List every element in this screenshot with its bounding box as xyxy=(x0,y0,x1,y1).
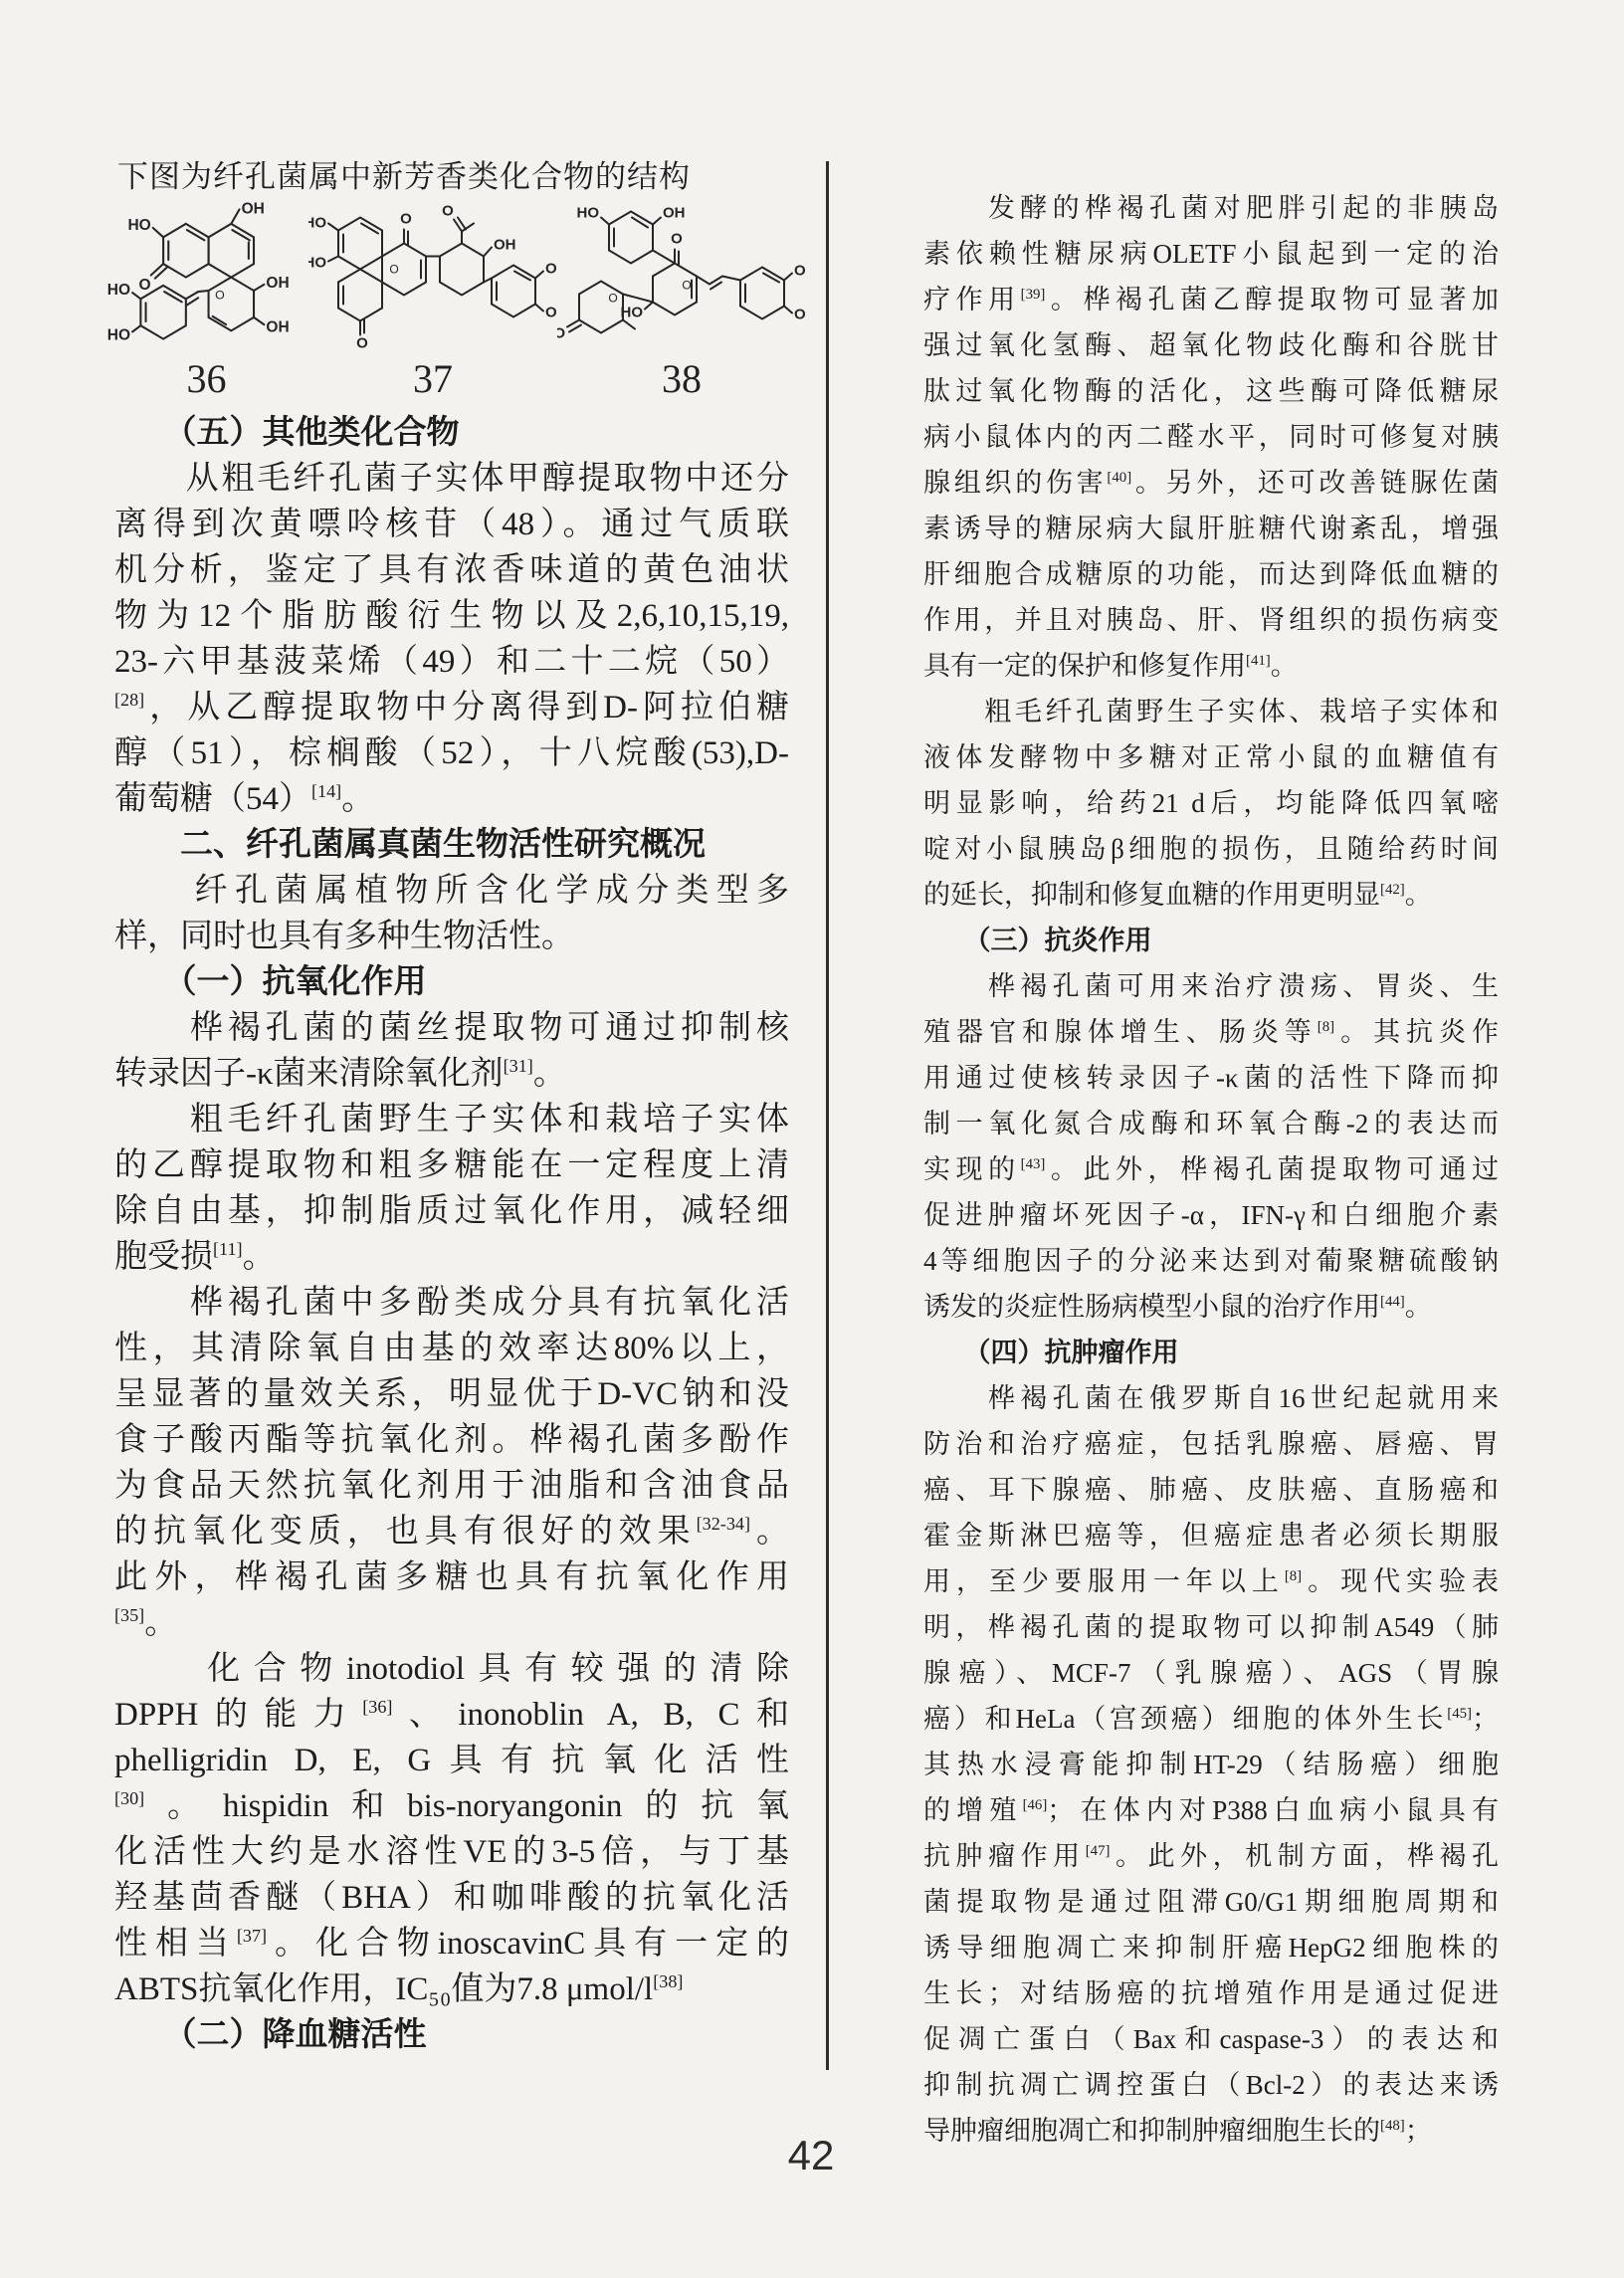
chemical-structure-36-drawing: OH HO O O OH OH HO HO xyxy=(104,197,308,351)
text-line: 抗肿瘤作用[47]。此外，机制方面，桦褐孔 xyxy=(923,1833,1499,1879)
text-line: 明，桦褐孔菌的提取物可以抑制A549（肺 xyxy=(923,1604,1499,1650)
structure-label: 38 xyxy=(662,355,702,402)
atom-label: OH xyxy=(266,318,289,335)
text-line: 机分析，鉴定了具有浓香味道的黄色油状 xyxy=(114,547,789,593)
text-line: 菌提取物是通过阻滞G0/G1期细胞周期和 xyxy=(923,1879,1499,1925)
chemical-structure-37-drawing: HO HO O O O O OH OH OH xyxy=(308,197,557,351)
atom-label: O xyxy=(215,288,225,302)
text-line: 除自由基，抑制脂质过氧化作用，减轻细 xyxy=(114,1188,789,1234)
atom-label: O xyxy=(442,203,454,220)
atom-label: OH xyxy=(794,263,806,280)
atom-label: O xyxy=(608,292,617,306)
text-line: 离得到次黄嘌呤核苷（48）。通过气质联 xyxy=(114,502,789,547)
text-line: 素依赖性糖尿病OLETF小鼠起到一定的治 xyxy=(923,231,1499,277)
text-line: 明显影响，给药21 d后，均能降低四氧嘧 xyxy=(923,780,1499,826)
text-line: 的乙醇提取物和粗多糖能在一定程度上清 xyxy=(114,1142,789,1188)
text-line: 的抗氧化变质，也具有很好的效果[32-34]。 xyxy=(114,1509,789,1554)
text-line: 为食品天然抗氧化剂用于油脂和含油食品 xyxy=(114,1463,789,1509)
atom-label: OH xyxy=(545,261,557,278)
atom-label: HO xyxy=(107,327,130,344)
text-line: 啶对小鼠胰岛β细胞的损伤，且随给药时间 xyxy=(923,826,1499,872)
text-line: 诱导细胞凋亡来抑制肝癌HepG2细胞株的 xyxy=(923,1925,1499,1970)
right-column: 发酵的桦褐孔菌对肥胖引起的非胰岛素依赖性糖尿病OLETF小鼠起到一定的治疗作用[… xyxy=(923,185,1499,2154)
text-line: 粗毛纤孔菌野生子实体、栽培子实体和 xyxy=(923,689,1499,734)
text-line: 肽过氧化物酶的活化，这些酶可降低糖尿 xyxy=(923,368,1499,414)
atom-label: O xyxy=(671,231,683,248)
text-line: 腺癌）、MCF-7（乳腺癌）、AGS（胃腺 xyxy=(923,1650,1499,1696)
atom-label: OH xyxy=(266,275,289,292)
atom-label: O xyxy=(138,277,150,294)
text-line: [30]。hispidin和bis-noryangonin的抗氧 xyxy=(114,1783,789,1829)
text-line: 从粗毛纤孔菌子实体甲醇提取物中还分 xyxy=(114,456,789,502)
atom-label: OH xyxy=(663,205,686,222)
text-line: 性相当[37]。化合物inoscavinC具有一定的 xyxy=(114,1921,789,1967)
text-line: 纤孔菌属植物所含化学成分类型多 xyxy=(114,868,789,914)
atom-label: HO xyxy=(308,255,326,272)
text-line: phelligridin D, E, G具有抗氧化活性 xyxy=(114,1738,789,1783)
atom-label: OH xyxy=(242,201,265,218)
atom-label: O xyxy=(389,263,398,277)
text-line: 作用，并且对胰岛、肝、肾组织的损伤病变 xyxy=(923,597,1499,643)
text-line: 用通过使核转录因子-κ菌的活性下降而抑 xyxy=(923,1055,1499,1101)
text-line: 素诱导的糖尿病大鼠肝脏糖代谢紊乱，增强 xyxy=(923,506,1499,551)
text-line: 样，同时也具有多种生物活性。 xyxy=(114,914,789,959)
atom-label: OH xyxy=(545,305,557,321)
text-line: （二）降血糖活性 xyxy=(114,2012,789,2058)
atom-label: HO xyxy=(308,215,326,232)
text-line: DPPH的能力[36]、inonoblin A, B, C和 xyxy=(114,1692,789,1738)
column-divider xyxy=(826,161,829,2070)
text-line: 其热水浸膏能抑制HT-29（结肠癌）细胞 xyxy=(923,1742,1499,1787)
text-line: 桦褐孔菌中多酚类成分具有抗氧化活 xyxy=(114,1280,789,1326)
text-line: 促凋亡蛋白（Bax和caspase-3）的表达和 xyxy=(923,2016,1499,2062)
structure-37: HO HO O O O O OH OH OH 37 xyxy=(308,197,557,402)
text-line: 疗作用[39]。桦褐孔菌乙醇提取物可显著加 xyxy=(923,277,1499,322)
text-line: 23-六甲基菠菜烯（49）和二十二烷（50） xyxy=(114,639,789,685)
atom-label: O xyxy=(682,279,691,293)
text-line: 用，至少要服用一年以上[8]。现代实验表 xyxy=(923,1558,1499,1604)
atom-label: O xyxy=(557,325,565,342)
atom-label: O xyxy=(400,211,412,228)
text-line: 化合物inotodiol具有较强的清除 xyxy=(114,1646,789,1692)
text-line: 促进肿瘤坏死因子-α，IFN-γ和白细胞介素 xyxy=(923,1192,1499,1238)
text-line: 防治和治疗癌症，包括乳腺癌、唇癌、胃 xyxy=(923,1421,1499,1467)
text-line: 物为12个脂肪酸衍生物以及2,6,10,15,19, xyxy=(114,593,789,639)
text-line: 病小鼠体内的丙二醛水平，同时可修复对胰 xyxy=(923,414,1499,460)
atom-label: HO xyxy=(621,305,644,321)
text-line: 葡萄糖（54）[14]。 xyxy=(114,776,789,822)
page-number: 42 xyxy=(756,2132,866,2179)
text-line: （三）抗炎作用 xyxy=(923,918,1499,963)
atom-label: HO xyxy=(577,205,600,222)
figure-caption: 下图为纤孔菌属中新芳香类化合物的结构 xyxy=(117,151,691,196)
text-line: 诱发的炎症性肠病模型小鼠的治疗作用[44]。 xyxy=(923,1284,1499,1330)
text-line: 导肿瘤细胞凋亡和抑制肿瘤细胞生长的[48]； xyxy=(923,2108,1499,2154)
text-line: （四）抗肿瘤作用 xyxy=(923,1330,1499,1375)
text-line: 抑制抗凋亡调控蛋白（Bcl-2）的表达来诱 xyxy=(923,2062,1499,2108)
text-line: 的增殖[46]；在体内对P388白血病小鼠具有 xyxy=(923,1787,1499,1833)
text-line: [28]，从乙醇提取物中分离得到D-阿拉伯糖 xyxy=(114,685,789,730)
text-line: 此外，桦褐孔菌多糖也具有抗氧化作用 xyxy=(114,1554,789,1600)
text-line: 转录因子-κ菌来清除氧化剂[31]。 xyxy=(114,1051,789,1097)
text-line: 食子酸丙酯等抗氧化剂。桦褐孔菌多酚作 xyxy=(114,1417,789,1463)
text-line: 腺组织的伤害[40]。另外，还可改善链脲佐菌 xyxy=(923,460,1499,506)
text-line: 殖器官和腺体增生、肠炎等[8]。其抗炎作 xyxy=(923,1009,1499,1055)
text-line: 桦褐孔菌在俄罗斯自16世纪起就用来 xyxy=(923,1375,1499,1421)
text-line: （一）抗氧化作用 xyxy=(114,959,789,1005)
structure-label: 36 xyxy=(187,355,227,402)
left-column: （五）其他类化合物 从粗毛纤孔菌子实体甲醇提取物中还分离得到次黄嘌呤核苷（48）… xyxy=(114,410,789,2058)
document-page: 下图为纤孔菌属中新芳香类化合物的结构 xyxy=(0,0,1624,2278)
atom-label: O xyxy=(356,335,368,352)
text-line: 液体发酵物中多糖对正常小鼠的血糖值有 xyxy=(923,734,1499,780)
structure-38: OH HO O O HO O O OH OH 38 xyxy=(557,197,806,402)
text-line: 霍金斯淋巴癌等，但癌症患者必须长期服 xyxy=(923,1513,1499,1558)
chemical-structure-38-drawing: OH HO O O HO O O OH OH xyxy=(557,197,806,351)
text-line: 羟基茴香醚（BHA）和咖啡酸的抗氧化活 xyxy=(114,1875,789,1921)
text-line: 实现的[43]。此外，桦褐孔菌提取物可通过 xyxy=(923,1146,1499,1192)
text-line: 醇（51），棕榈酸（52），十八烷酸(53),D- xyxy=(114,730,789,776)
structure-36: OH HO O O OH OH HO HO 36 xyxy=(104,197,308,402)
text-line: 具有一定的保护和修复作用[41]。 xyxy=(923,643,1499,689)
text-line: 生长；对结肠癌的抗增殖作用是通过促进 xyxy=(923,1970,1499,2016)
atom-label: OH xyxy=(494,237,516,254)
text-line: 发酵的桦褐孔菌对肥胖引起的非胰岛 xyxy=(923,185,1499,231)
text-line: 肝细胞合成糖原的功能，而达到降低血糖的 xyxy=(923,551,1499,597)
text-line: 粗毛纤孔菌野生子实体和栽培子实体 xyxy=(114,1097,789,1142)
text-line: 性，其清除氧自由基的效率达80%以上， xyxy=(114,1326,789,1371)
text-line: （五）其他类化合物 xyxy=(114,410,789,456)
text-line: 强过氧化氢酶、超氧化物歧化酶和谷胱甘 xyxy=(923,322,1499,368)
text-line: 癌、耳下腺癌、肺癌、皮肤癌、直肠癌和 xyxy=(923,1467,1499,1513)
text-line: 桦褐孔菌的菌丝提取物可通过抑制核 xyxy=(114,1005,789,1051)
text-line: ABTS抗氧化作用，IC₅₀值为7.8 μmol/l[38] xyxy=(114,1967,789,2012)
atom-label: HO xyxy=(127,217,150,234)
structure-label: 37 xyxy=(413,355,453,402)
text-line: 制一氧化氮合成酶和环氧合酶-2的表达而 xyxy=(923,1101,1499,1146)
atom-label: OH xyxy=(794,307,806,323)
chemical-structures-figure: OH HO O O OH OH HO HO 36 xyxy=(104,197,811,402)
text-line: 化活性大约是水溶性VE的3-5倍，与丁基 xyxy=(114,1829,789,1875)
text-line: 4等细胞因子的分泌来达到对葡聚糖硫酸钠 xyxy=(923,1238,1499,1284)
text-line: 胞受损[11]。 xyxy=(114,1234,789,1280)
text-line: 的延长，抑制和修复血糖的作用更明显[42]。 xyxy=(923,872,1499,918)
text-line: [35]。 xyxy=(114,1600,789,1646)
text-line: 桦褐孔菌可用来治疗溃疡、胃炎、生 xyxy=(923,963,1499,1009)
atom-label: HO xyxy=(107,282,130,299)
text-line: 二、纤孔菌属真菌生物活性研究概况 xyxy=(114,822,789,868)
text-line: 癌）和HeLa（宫颈癌）细胞的体外生长[45]； xyxy=(923,1696,1499,1742)
text-line: 呈显著的量效关系，明显优于D-VC钠和没 xyxy=(114,1371,789,1417)
